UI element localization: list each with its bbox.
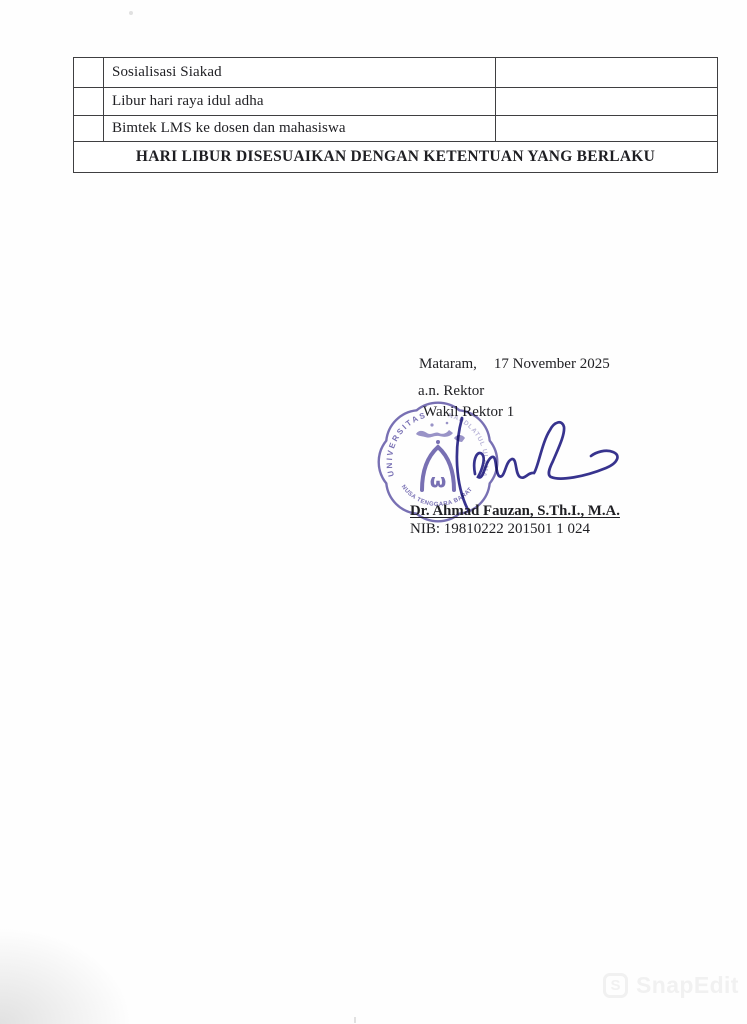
schedule-table: Sosialisasi Siakad Libur hari raya idul … xyxy=(73,57,718,173)
signature-main-stroke xyxy=(474,422,617,478)
signature-descender-stroke xyxy=(457,418,468,510)
scan-speck xyxy=(129,11,133,15)
table-row: Sosialisasi Siakad xyxy=(74,58,717,87)
cell-date xyxy=(495,58,717,87)
table-row: Libur hari raya idul adha xyxy=(74,87,717,115)
signatory-nib: NIB: 19810222 201501 1 024 xyxy=(410,521,590,538)
snapedit-s-icon: S xyxy=(603,973,628,998)
table-footer-note: HARI LIBUR DISESUAIKAN DENGAN KETENTUAN … xyxy=(74,141,717,172)
cell-activity: Libur hari raya idul adha xyxy=(104,88,495,115)
scan-speck xyxy=(354,1017,356,1023)
signatory-name: Dr. Ahmad Fauzan, S.Th.I., M.A. xyxy=(410,503,620,520)
scan-corner-shadow xyxy=(0,914,150,1024)
cell-number xyxy=(74,116,104,141)
cell-number xyxy=(74,58,104,87)
cell-activity: Sosialisasi Siakad xyxy=(104,58,495,87)
cell-number xyxy=(74,88,104,115)
scanned-document-page: Sosialisasi Siakad Libur hari raya idul … xyxy=(0,0,747,1024)
watermark-label: SnapEdit xyxy=(636,972,739,999)
table-row: Bimtek LMS ke dosen dan mahasiswa xyxy=(74,115,717,141)
cell-activity: Bimtek LMS ke dosen dan mahasiswa xyxy=(104,116,495,141)
place-label: Mataram, xyxy=(419,356,477,373)
cell-date xyxy=(495,88,717,115)
place-date-line: Mataram, 17 November 2025 xyxy=(419,356,610,373)
cell-date xyxy=(495,116,717,141)
snapedit-watermark: S SnapEdit xyxy=(603,972,739,999)
date-label: 17 November 2025 xyxy=(494,356,610,373)
handwritten-signature xyxy=(408,404,624,516)
